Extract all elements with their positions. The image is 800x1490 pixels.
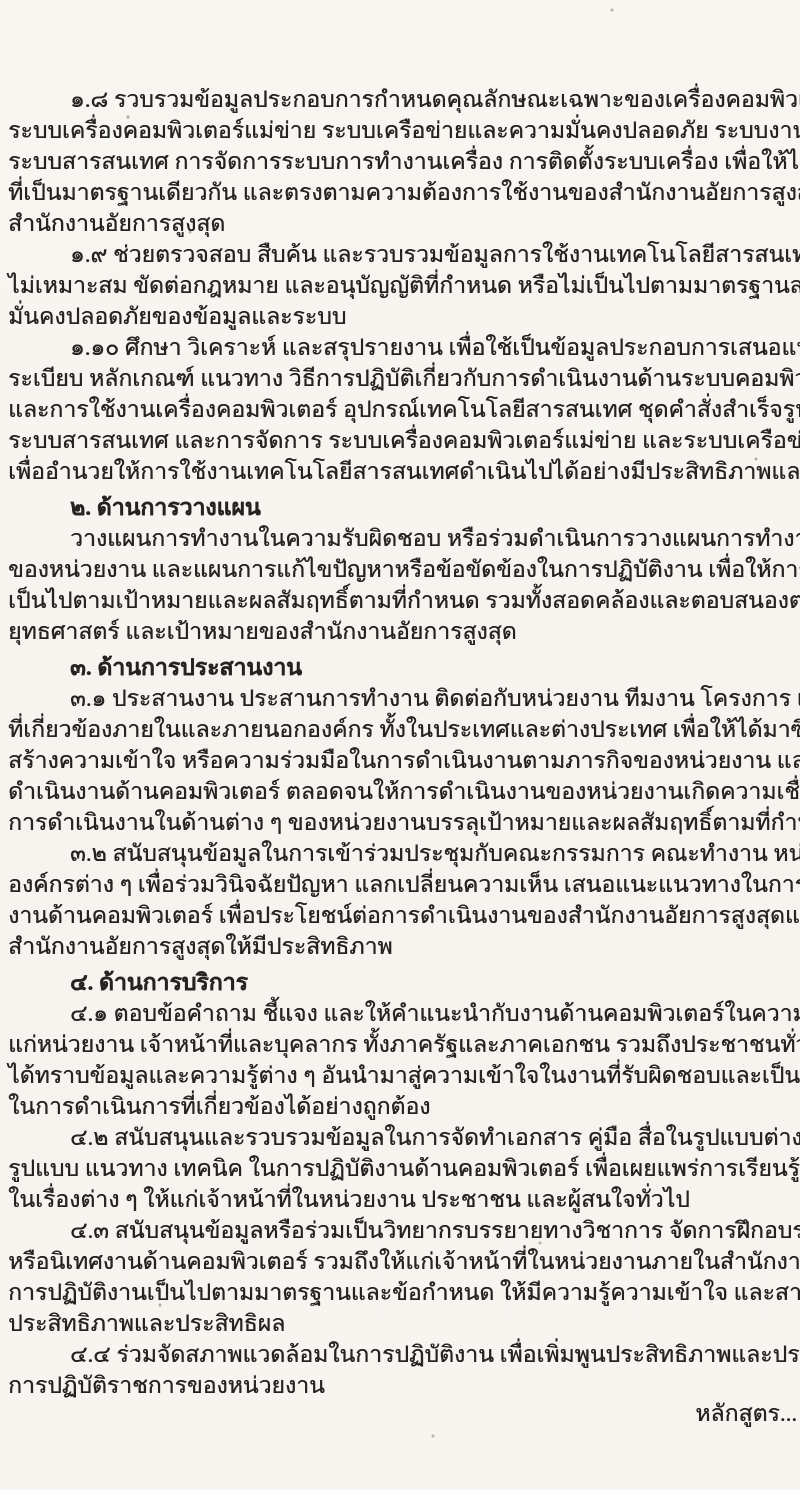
text-line: สำนักงานอัยการสูงสุดให้มีประสิทธิภาพ xyxy=(8,931,800,962)
text-line: ที่เกี่ยวข้องภายในและภายนอกองค์กร ทั้งใน… xyxy=(8,714,800,745)
text-line: วางแผนการทำงานในความรับผิดชอบ หรือร่วมดำ… xyxy=(8,523,800,554)
text-line: แก่หน่วยงาน เจ้าหน้าที่และบุคลากร ทั้งภา… xyxy=(8,1029,800,1060)
text-line: ไม่เหมาะสม ขัดต่อกฎหมาย และอนุบัญญัติที่… xyxy=(8,270,800,301)
text-line: งานด้านคอมพิวเตอร์ เพื่อประโยชน์ต่อการดำ… xyxy=(8,900,800,931)
text-line: ในการดำเนินการที่เกี่ยวข้องได้อย่างถูกต้… xyxy=(8,1091,800,1122)
text-line: ระบบสารสนเทศ การจัดการระบบการทำงานเครื่อ… xyxy=(8,146,800,177)
text-line: ๔.๑ ตอบข้อคำถาม ชี้แจง และให้คำแนะนำกับง… xyxy=(8,998,800,1029)
text-line: หรือนิเทศงานด้านคอมพิวเตอร์ รวมถึงให้แก่… xyxy=(8,1246,800,1277)
text-line: เป็นไปตามเป้าหมายและผลสัมฤทธิ์ตามที่กำหน… xyxy=(8,585,800,616)
text-line: ในเรื่องต่าง ๆ ให้แก่เจ้าหน้าที่ในหน่วยง… xyxy=(8,1184,800,1215)
text-line: สำนักงานอัยการสูงสุด xyxy=(8,208,800,239)
text-line: สร้างความเข้าใจ หรือความร่วมมือในการดำเน… xyxy=(8,745,800,776)
section-heading: ๓. ด้านการประสานงาน xyxy=(8,652,800,683)
text-line: ประสิทธิภาพและประสิทธิผล xyxy=(8,1308,800,1339)
text-line: รูปแบบ แนวทาง เทคนิค ในการปฏิบัติงานด้าน… xyxy=(8,1153,800,1184)
text-line: ๑.๘ รวบรวมข้อมูลประกอบการกำหนดคุณลักษณะเ… xyxy=(8,84,800,115)
text-line: ระบบเครื่องคอมพิวเตอร์แม่ข่าย ระบบเครือข… xyxy=(8,115,800,146)
text-line: ยุทธศาสตร์ และเป้าหมายของสำนักงานอัยการส… xyxy=(8,616,800,647)
section-heading: ๔. ด้านการบริการ xyxy=(8,967,800,998)
document-body: ๑.๘ รวบรวมข้อมูลประกอบการกำหนดคุณลักษณะเ… xyxy=(8,84,800,1401)
text-line: การดำเนินงานในด้านต่าง ๆ ของหน่วยงานบรรล… xyxy=(8,807,800,838)
text-line: ดำเนินงานด้านคอมพิวเตอร์ ตลอดจนให้การดำเ… xyxy=(8,776,800,807)
text-line: มั่นคงปลอดภัยของข้อมูลและระบบ xyxy=(8,301,800,332)
text-line: เพื่ออำนวยให้การใช้งานเทคโนโลยีสารสนเทศด… xyxy=(8,456,800,487)
text-line: ระบบสารสนเทศ และการจัดการ ระบบเครื่องคอม… xyxy=(8,425,800,456)
text-line: และการใช้งานเครื่องคอมพิวเตอร์ อุปกรณ์เท… xyxy=(8,394,800,425)
text-line: ที่เป็นมาตรฐานเดียวกัน และตรงตามความต้อง… xyxy=(8,177,800,208)
text-line: ๓.๒ สนับสนุนข้อมูลในการเข้าร่วมประชุมกับ… xyxy=(8,838,800,869)
text-line: ๔.๒ สนับสนุนและรวบรวมข้อมูลในการจัดทำเอก… xyxy=(8,1122,800,1153)
text-line: ๑.๙ ช่วยตรวจสอบ สืบค้น และรวบรวมข้อมูลกา… xyxy=(8,239,800,270)
text-line: ๔.๔ ร่วมจัดสภาพแวดล้อมในการปฏิบัติงาน เพ… xyxy=(8,1339,800,1370)
text-line: ๓.๑ ประสานงาน ประสานการทำงาน ติดต่อกับหน… xyxy=(8,683,800,714)
scanned-document-page: ๑.๘ รวบรวมข้อมูลประกอบการกำหนดคุณลักษณะเ… xyxy=(0,0,800,1490)
page-continuation-marker: หลักสูตร... xyxy=(695,1396,797,1432)
text-line: การปฏิบัติงานเป็นไปตามมาตรฐานและข้อกำหนด… xyxy=(8,1277,800,1308)
text-line: องค์กรต่าง ๆ เพื่อร่วมวินิจฉัยปัญหา แลกเ… xyxy=(8,869,800,900)
text-line: ๑.๑๐ ศึกษา วิเคราะห์ และสรุปรายงาน เพื่อ… xyxy=(8,332,800,363)
text-line: ระเบียบ หลักเกณฑ์ แนวทาง วิธีการปฏิบัติเ… xyxy=(8,363,800,394)
text-line: ได้ทราบข้อมูลและความรู้ต่าง ๆ อันนำมาสู่… xyxy=(8,1060,800,1091)
text-line: ของหน่วยงาน และแผนการแก้ไขปัญหาหรือข้อขั… xyxy=(8,554,800,585)
section-heading: ๒. ด้านการวางแผน xyxy=(8,492,800,523)
text-line: ๔.๓ สนับสนุนข้อมูลหรือร่วมเป็นวิทยากรบรร… xyxy=(8,1215,800,1246)
text-line: การปฏิบัติราชการของหน่วยงาน xyxy=(8,1370,800,1401)
